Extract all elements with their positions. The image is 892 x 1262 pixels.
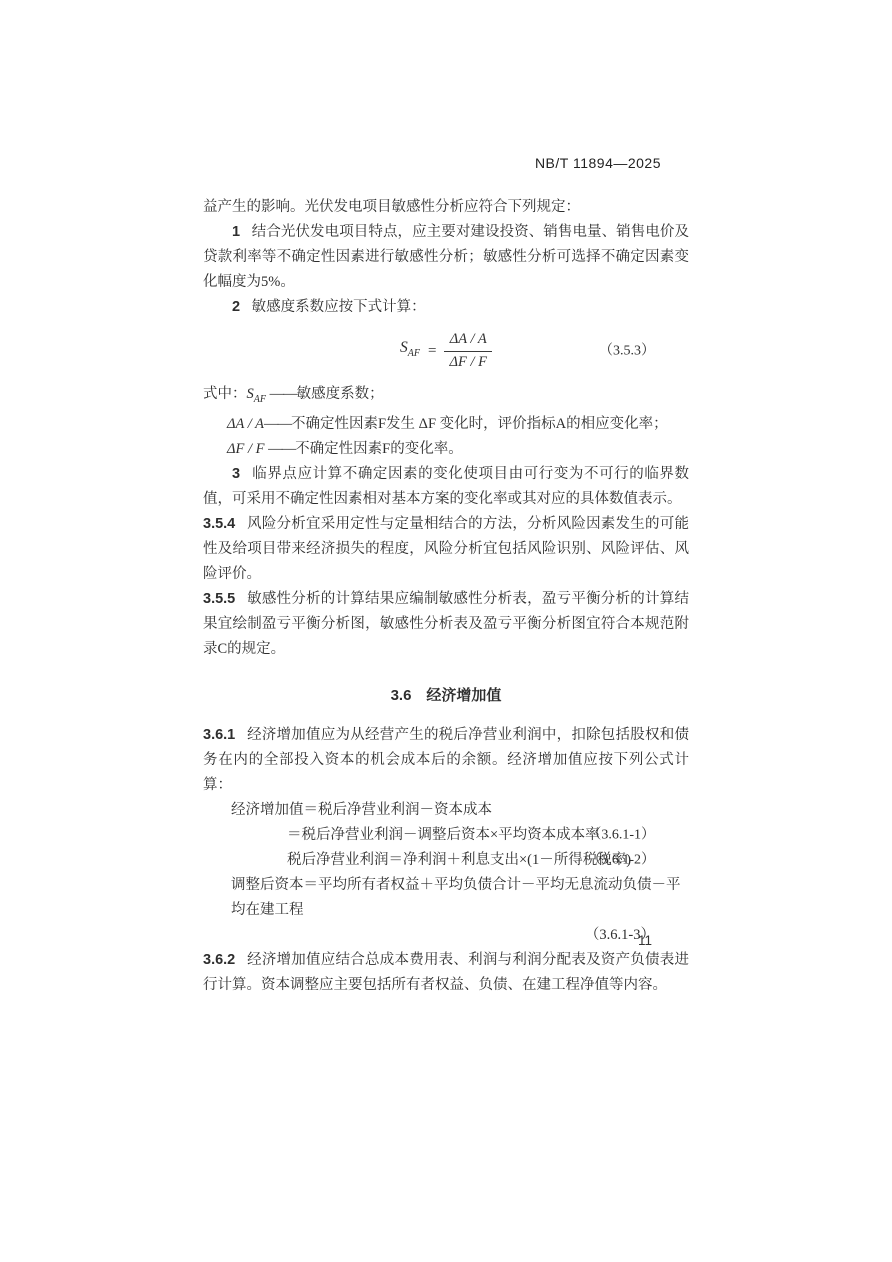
- fraction-numerator: ΔA / A: [444, 330, 492, 352]
- term-saf: SAF: [247, 386, 266, 402]
- document-code-header: NB/T 11894—2025: [203, 155, 689, 171]
- equals-sign: =: [428, 339, 436, 364]
- clause-number: 3.6.1: [203, 727, 235, 743]
- clause-text: 经济增加值应结合总成本费用表、利润与利润分配表及资产负债表进行计算。资本调整应主…: [203, 952, 689, 993]
- definition-dash: ——: [268, 441, 295, 457]
- document-page: NB/T 11894—2025 益产生的影响。光伏发电项目敏感性分析应符合下列规…: [0, 0, 892, 1262]
- page-number: 11: [638, 933, 652, 948]
- clause-3-6-1: 3.6.1经济增加值应为从经营产生的税后净营业利润中，扣除包括股权和债务在内的全…: [203, 723, 689, 798]
- list-item-2: 2敏感度系数应按下式计算：: [203, 295, 689, 320]
- item-text: 敏感度系数应按下式计算：: [252, 299, 426, 315]
- where-clause: 式中：SAF ——敏感度系数；: [203, 382, 689, 412]
- definition-dash: ——: [264, 416, 291, 432]
- section-number: 3.6: [391, 687, 412, 704]
- clause-text: 敏感性分析的计算结果应编制敏感性分析表，盈亏平衡分析的计算结果宜绘制盈亏平衡分析…: [203, 591, 689, 657]
- clause-3-5-4: 3.5.4风险分析宜采用定性与定量相结合的方法，分析风险因素发生的可能性及给项目…: [203, 512, 689, 587]
- section-title: 经济增加值: [426, 687, 501, 704]
- equation-text: 税后净营业利润＝净利润＋利息支出×(1－所得税税率): [287, 852, 631, 868]
- equation-number-3-6-1-1: （3.6.1-1）: [587, 823, 655, 848]
- equation-text: 调整后资本＝平均所有者权益＋平均负债合计－平均无息流动负债－平均在建工程: [231, 877, 681, 918]
- item-number: 1: [232, 224, 240, 240]
- body-text: 益产生的影响。光伏发电项目敏感性分析应符合下列规定： 1结合光伏发电项目特点，应…: [203, 195, 689, 998]
- standard-number: NB/T 11894—2025: [535, 155, 661, 171]
- formula-3-5-3: SAF = ΔA / A ΔF / F （3.5.3）: [203, 322, 689, 380]
- equation-line-4: 调整后资本＝平均所有者权益＋平均负债合计－平均无息流动负债－平均在建工程: [203, 873, 689, 923]
- equation-line-2: ＝税后净营业利润－调整后资本×平均资本成本率（3.6.1-1）: [203, 823, 689, 848]
- clause-number: 3.5.4: [203, 516, 235, 532]
- term-delta-f: ΔF / F: [227, 441, 265, 457]
- term-saf-description: 敏感度系数；: [297, 386, 384, 402]
- item-text: 结合光伏发电项目特点，应主要对建设投资、销售电量、销售电价及贷款利率等不确定性因…: [203, 224, 689, 290]
- clause-text: 风险分析宜采用定性与定量相结合的方法，分析风险因素发生的可能性及给项目带来经济损…: [203, 516, 689, 582]
- equation-line-3: 税后净营业利润＝净利润＋利息支出×(1－所得税税率)（3.6.1-2）: [203, 848, 689, 873]
- list-item-3: 3临界点应计算不确定因素的变化使项目由可行变为不可行的临界数值，可采用不确定性因…: [203, 462, 689, 512]
- where-label: 式中：: [203, 386, 247, 402]
- fraction: ΔA / A ΔF / F: [444, 330, 492, 372]
- page-content: NB/T 11894—2025 益产生的影响。光伏发电项目敏感性分析应符合下列规…: [203, 155, 689, 998]
- clause-3-6-2: 3.6.2经济增加值应结合总成本费用表、利润与利润分配表及资产负债表进行计算。资…: [203, 948, 689, 998]
- equation-number-3-5-3: （3.5.3）: [599, 339, 655, 364]
- definition-delta-a: ΔA / A——不确定性因素F发生 ΔF 变化时，评价指标A的相应变化率；: [203, 412, 689, 437]
- item-text: 临界点应计算不确定因素的变化使项目由可行变为不可行的临界数值，可采用不确定性因素…: [203, 466, 689, 507]
- equation-text: 经济增加值＝税后净营业利润－资本成本: [231, 802, 492, 818]
- equation-number-3-6-1-3: （3.6.1-3）: [203, 923, 689, 948]
- item-number: 2: [232, 299, 240, 315]
- equation-number-3-6-1-2: （3.6.1-2）: [587, 848, 655, 873]
- item-number: 3: [232, 466, 240, 482]
- formula-lhs: SAF: [400, 335, 420, 366]
- term-delta-a-description: 不确定性因素F发生 ΔF 变化时，评价指标A的相应变化率；: [291, 416, 668, 432]
- fraction-denominator: ΔF / F: [444, 352, 492, 373]
- paragraph-intro: 益产生的影响。光伏发电项目敏感性分析应符合下列规定：: [203, 195, 689, 220]
- list-item-1: 1结合光伏发电项目特点，应主要对建设投资、销售电量、销售电价及贷款利率等不确定性…: [203, 220, 689, 295]
- clause-number: 3.6.2: [203, 952, 235, 968]
- clause-3-5-5: 3.5.5敏感性分析的计算结果应编制敏感性分析表，盈亏平衡分析的计算结果宜绘制盈…: [203, 587, 689, 662]
- clause-text: 经济增加值应为从经营产生的税后净营业利润中，扣除包括股权和债务在内的全部投入资本…: [203, 727, 689, 793]
- term-delta-f-description: 不确定性因素F的变化率。: [295, 441, 463, 457]
- definition-delta-f: ΔF / F ——不确定性因素F的变化率。: [203, 437, 689, 462]
- equation-line-1: 经济增加值＝税后净营业利润－资本成本: [203, 798, 689, 823]
- formula-lhs-subscript: AF: [408, 349, 420, 360]
- section-3-6-heading: 3.6经济增加值: [203, 683, 689, 708]
- clause-number: 3.5.5: [203, 591, 235, 607]
- term-delta-a: ΔA / A: [227, 416, 264, 432]
- equation-text: ＝税后净营业利润－调整后资本×平均资本成本率: [287, 827, 600, 843]
- definition-dash: ——: [270, 386, 297, 402]
